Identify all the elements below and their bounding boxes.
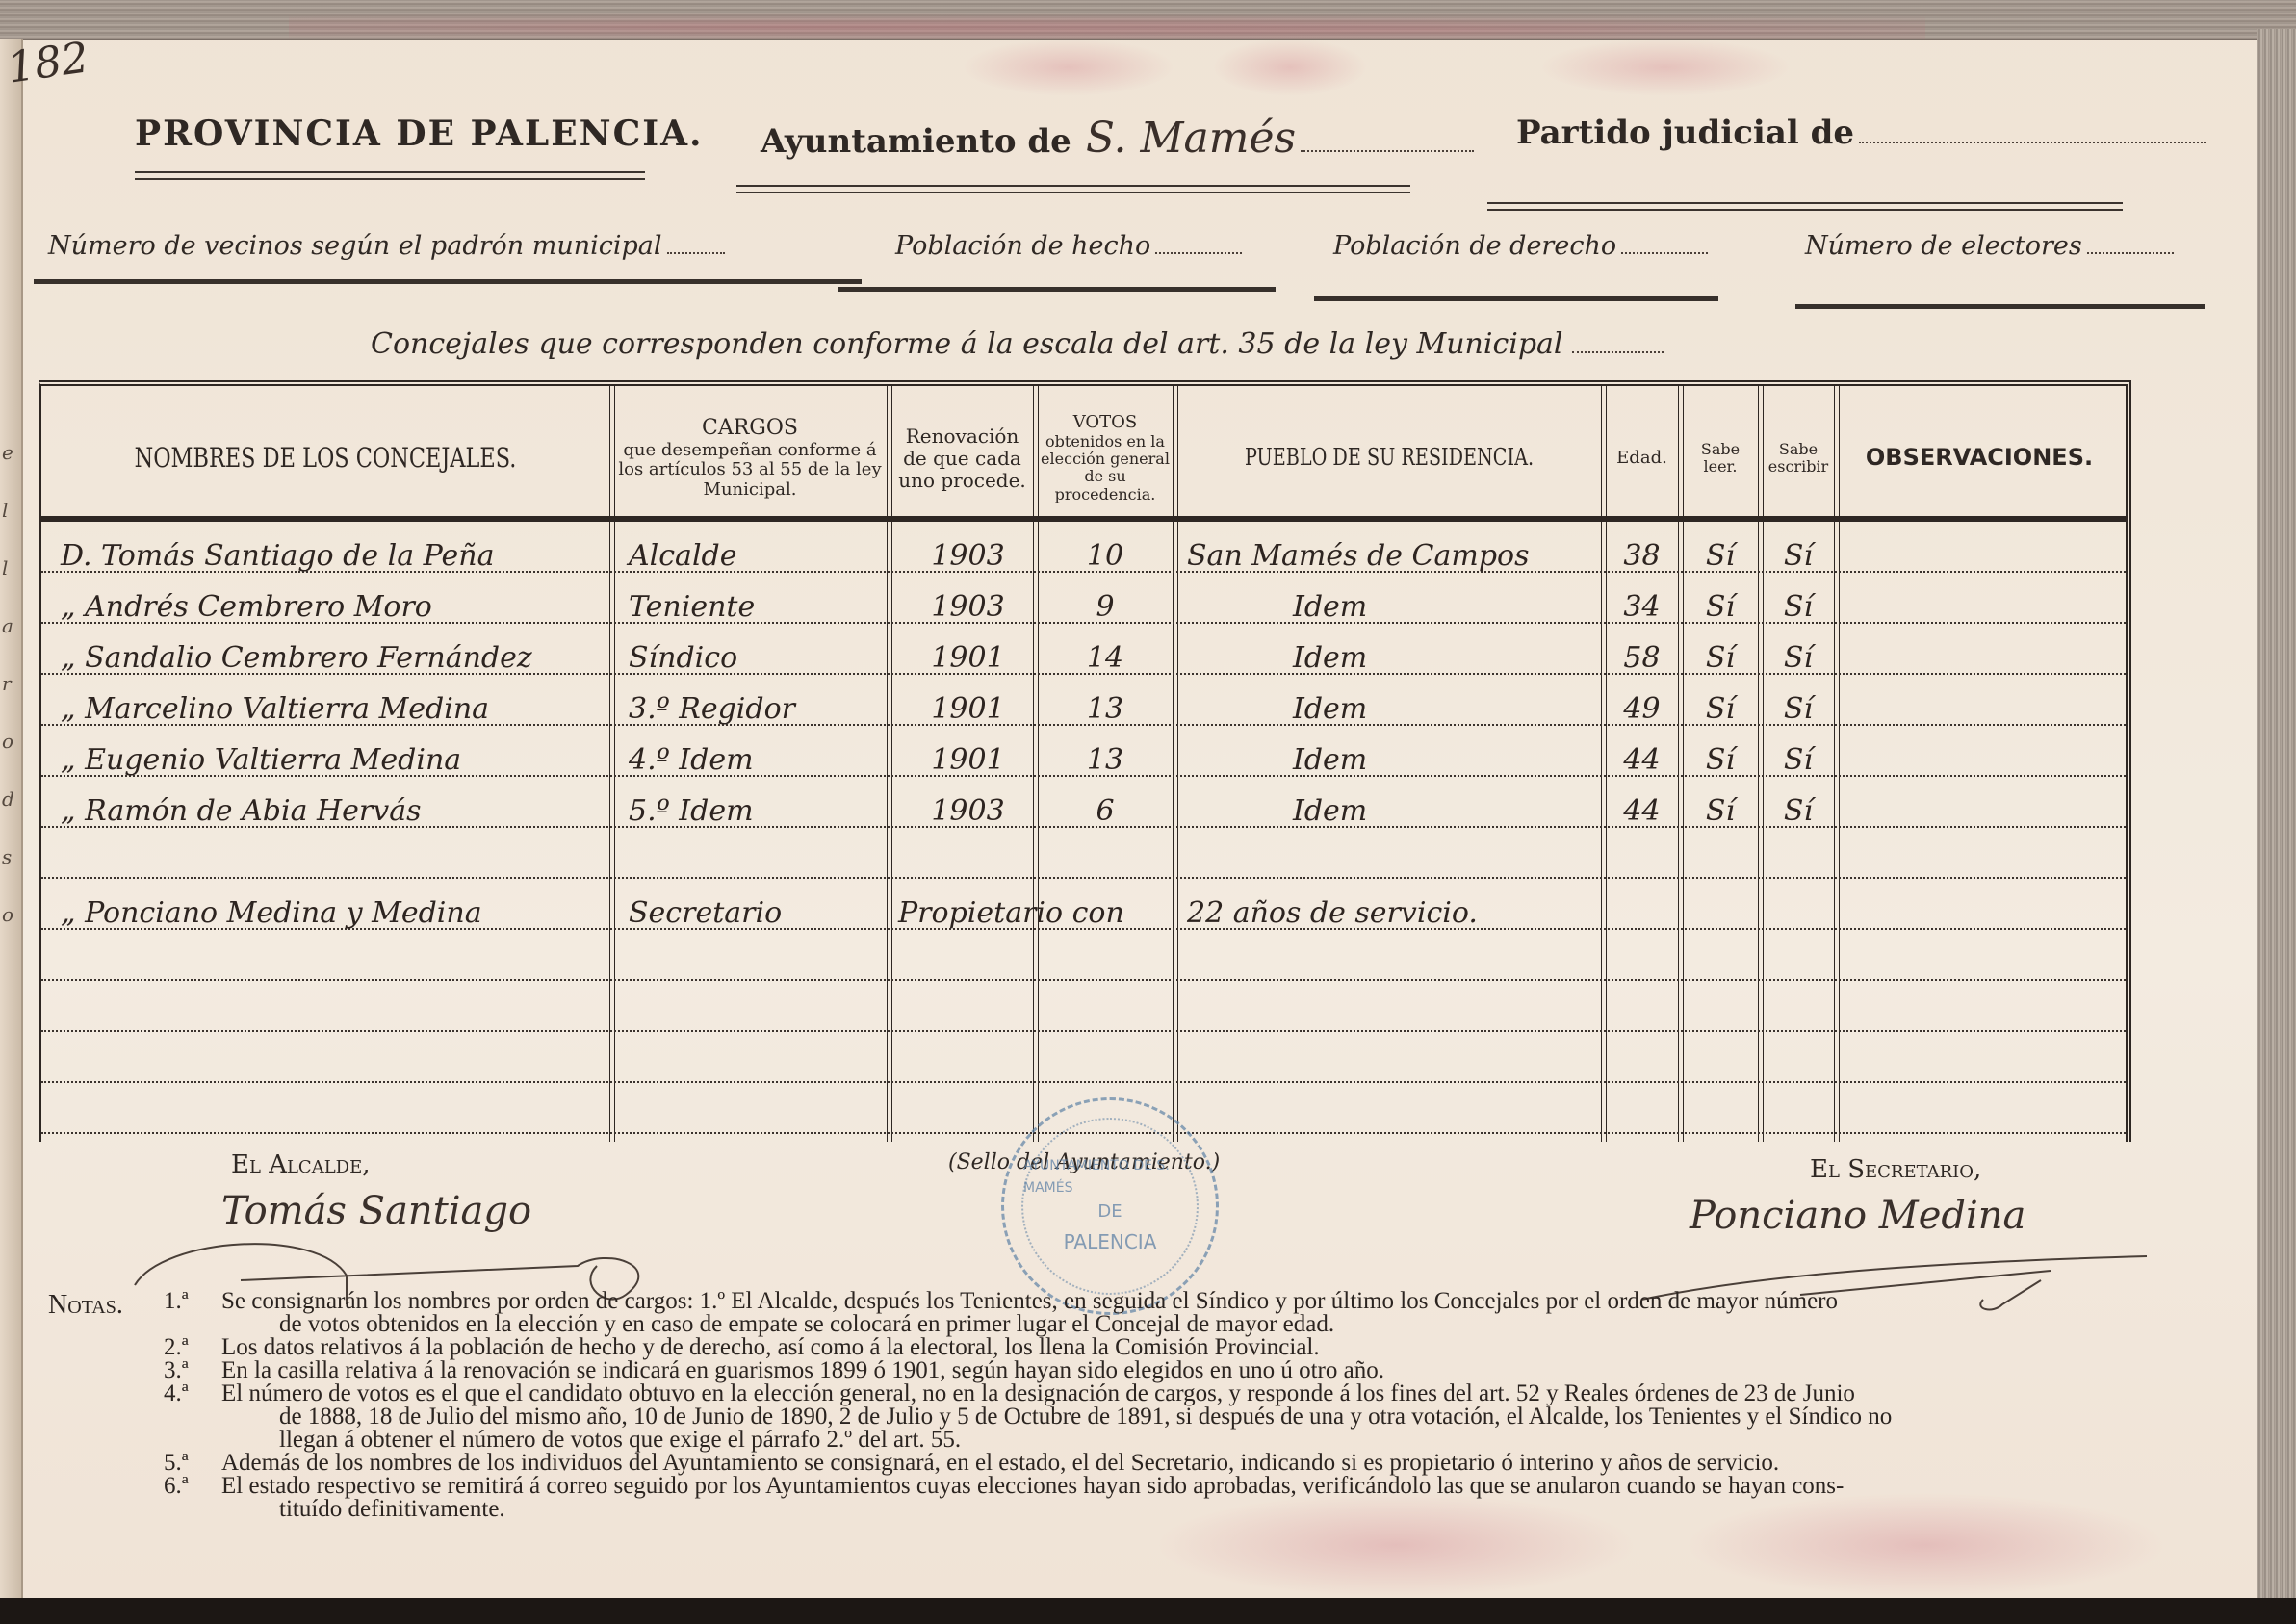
cell-leer[interactable]: Sí <box>1684 730 1757 781</box>
vecinos-field: Número de vecinos según el padrón munici… <box>48 231 725 261</box>
cell-leer[interactable] <box>1684 1036 1757 1087</box>
cell-pueblo[interactable]: San Mamés de Campos <box>1187 526 1601 577</box>
cell-votos[interactable]: 6 <box>1039 781 1172 832</box>
cell-edad[interactable] <box>1607 934 1677 985</box>
cell-observaciones[interactable] <box>1842 1087 2116 1138</box>
cell-nombre[interactable]: „ Marcelino Valtierra Medina <box>61 679 605 730</box>
header-sabe-escribir: Sabe escribir <box>1764 400 1833 516</box>
nota-line: de votos obtenidos en la elección y en c… <box>279 1313 1334 1336</box>
stamp-text: AYUNTAMIENTO DE S. MAMÉS DE PALENCIA <box>1021 1118 1199 1295</box>
cell-escribir[interactable] <box>1764 1036 1833 1087</box>
poblacion-hecho-label: Población de hecho <box>895 231 1150 261</box>
header-observaciones: OBSERVACIONES. <box>1840 400 2119 516</box>
cell-nombre[interactable]: D. Tomás Santiago de la Peña <box>61 526 605 577</box>
folio-number: 182 <box>5 33 91 92</box>
nota-line: tituído definitivamente. <box>279 1498 505 1521</box>
cell-votos[interactable]: 14 <box>1039 628 1172 679</box>
cell-nombre[interactable] <box>61 934 605 985</box>
vecinos-label: Número de vecinos según el padrón munici… <box>48 231 662 261</box>
header-votos-sub: obtenidos en la elección general de su p… <box>1039 433 1172 504</box>
poblacion-hecho-value[interactable] <box>1155 246 1242 254</box>
cell-observaciones[interactable] <box>1842 679 2116 730</box>
rule <box>1795 304 2205 309</box>
stain <box>1213 39 1367 96</box>
ayuntamiento-label: Ayuntamiento de <box>761 122 1071 161</box>
document-page: ellarodso 182 PROVINCIA DE PALENCIA. Ayu… <box>0 0 2296 1598</box>
nota-text: Además de los nombres de los individuos … <box>221 1450 1779 1476</box>
rule <box>135 171 645 180</box>
nota-number: 4.ª <box>164 1382 202 1405</box>
cell-leer[interactable]: Sí <box>1684 781 1757 832</box>
nota-text: El número de votos es el que el candidat… <box>221 1380 1855 1406</box>
header-renovacion: Renovación de que cada uno procede. <box>892 400 1032 516</box>
header-cargos-title: CARGOS <box>702 416 798 440</box>
cell-nombre[interactable]: „ Ramón de Abia Hervás <box>61 781 605 832</box>
table-row <box>41 934 2126 981</box>
ayuntamiento-field: Ayuntamiento de S. Mamés <box>761 114 1474 171</box>
cell-leer[interactable] <box>1684 934 1757 985</box>
rule <box>838 287 1276 292</box>
poblacion-derecho-label: Población de derecho <box>1333 231 1616 261</box>
cell-edad[interactable]: 58 <box>1607 628 1677 679</box>
table-row <box>41 832 2126 879</box>
cell-nombre[interactable]: „ Eugenio Valtierra Medina <box>61 730 605 781</box>
cell-nombre[interactable]: „ Ponciano Medina y Medina <box>61 883 605 934</box>
nota-line: 4.ªEl número de votos es el que el candi… <box>164 1382 1855 1405</box>
nota-line: 1.ªSe consignarán los nombres por orden … <box>164 1290 1838 1313</box>
table-row: „ Ramón de Abia Hervás5.º Idem19036Idem4… <box>41 781 2126 828</box>
nota-line: 5.ªAdemás de los nombres de los individu… <box>164 1452 1779 1475</box>
nota-line: 6.ªEl estado respectivo se remitirá á co… <box>164 1475 1844 1498</box>
cell-cargo[interactable]: 5.º Idem <box>629 781 879 832</box>
cell-renovacion[interactable]: 1901 <box>898 730 1038 781</box>
cell-votos[interactable]: 13 <box>1039 679 1172 730</box>
partido-value[interactable] <box>1859 136 2206 143</box>
cell-leer[interactable]: Sí <box>1684 526 1757 577</box>
cell-votos[interactable] <box>1039 1036 1172 1087</box>
nota-line: 3.ªEn la casilla relativa á la renovació… <box>164 1359 1384 1382</box>
electores-label: Número de electores <box>1805 231 2082 261</box>
cell-observaciones[interactable] <box>1842 985 2116 1036</box>
cell-votos[interactable] <box>1039 832 1172 883</box>
cell-leer[interactable] <box>1684 985 1757 1036</box>
cell-cargo[interactable] <box>629 832 879 883</box>
nota-number: 3.ª <box>164 1359 202 1382</box>
cell-observaciones[interactable] <box>1842 1036 2116 1087</box>
provincia-title: PROVINCIA DE PALENCIA. <box>135 114 704 154</box>
cell-leer[interactable] <box>1684 1087 1757 1138</box>
cell-escribir[interactable] <box>1764 832 1833 883</box>
electores-value[interactable] <box>2087 246 2174 254</box>
header-votos: VOTOS obtenidos en la elección general d… <box>1039 400 1172 516</box>
table-row: „ Andrés Cembrero MoroTeniente19039Idem3… <box>41 577 2126 624</box>
cell-leer[interactable] <box>1684 832 1757 883</box>
cell-cargo[interactable] <box>629 985 879 1036</box>
cell-escribir[interactable]: Sí <box>1764 526 1833 577</box>
vecinos-value[interactable] <box>667 246 725 254</box>
cell-pueblo[interactable] <box>1187 934 1601 985</box>
cell-edad[interactable]: 34 <box>1607 577 1677 628</box>
nota-text: Los datos relativos á la población de he… <box>221 1334 1320 1360</box>
table-row: D. Tomás Santiago de la PeñaAlcalde19031… <box>41 526 2126 573</box>
cell-edad[interactable] <box>1607 1036 1677 1087</box>
cell-escribir[interactable]: Sí <box>1764 628 1833 679</box>
nota-text: Se consignarán los nombres por orden de … <box>221 1288 1838 1314</box>
cell-cargo[interactable] <box>629 1087 879 1138</box>
cell-votos[interactable]: 13 <box>1039 730 1172 781</box>
alcalde-label: El Alcalde, <box>231 1150 371 1179</box>
cell-escribir[interactable]: Sí <box>1764 781 1833 832</box>
escala-label: Concejales que corresponden conforme á l… <box>371 327 1563 361</box>
cell-votos[interactable] <box>1039 883 1172 934</box>
cell-escribir[interactable] <box>1764 934 1833 985</box>
cell-escribir[interactable]: Sí <box>1764 730 1833 781</box>
cell-renovacion[interactable]: 1903 <box>898 577 1038 628</box>
header-sabe-leer: Sabe leer. <box>1684 400 1757 516</box>
cell-cargo[interactable]: Teniente <box>629 577 879 628</box>
stain <box>1155 1492 1637 1598</box>
nota-number: 2.ª <box>164 1336 202 1359</box>
cell-renovacion[interactable]: 1903 <box>898 526 1038 577</box>
ayuntamiento-stamp: AYUNTAMIENTO DE S. MAMÉS DE PALENCIA <box>1001 1097 1219 1315</box>
cell-escribir[interactable] <box>1764 1087 1833 1138</box>
stain <box>963 39 1174 96</box>
electores-field: Número de electores <box>1805 231 2174 261</box>
cell-escribir[interactable]: Sí <box>1764 679 1833 730</box>
cell-leer[interactable]: Sí <box>1684 577 1757 628</box>
poblacion-derecho-value[interactable] <box>1621 246 1708 254</box>
cell-cargo[interactable]: Síndico <box>629 628 879 679</box>
header-pueblo: PUEBLO DE SU RESIDENCIA. <box>1221 400 1558 516</box>
cell-escribir[interactable]: Sí <box>1764 577 1833 628</box>
poblacion-hecho-field: Población de hecho <box>895 231 1242 261</box>
cell-pueblo[interactable] <box>1187 985 1601 1036</box>
cell-renovacion[interactable]: 1901 <box>898 679 1038 730</box>
cell-cargo[interactable]: Secretario <box>629 883 879 934</box>
cell-leer[interactable]: Sí <box>1684 679 1757 730</box>
cell-cargo[interactable]: 3.º Regidor <box>629 679 879 730</box>
poblacion-derecho-field: Población de derecho <box>1333 231 1708 261</box>
cell-edad[interactable]: 44 <box>1607 781 1677 832</box>
cell-edad[interactable] <box>1607 985 1677 1036</box>
table-row <box>41 1036 2126 1083</box>
cell-leer[interactable]: Sí <box>1684 628 1757 679</box>
nota-line: 2.ªLos datos relativos á la población de… <box>164 1336 1320 1359</box>
cell-edad[interactable]: 44 <box>1607 730 1677 781</box>
header-edad: Edad. <box>1607 400 1677 516</box>
nota-line: llegan á obtener el número de votos que … <box>279 1429 961 1452</box>
header-nombres: NOMBRES DE LOS CONCEJALES. <box>98 400 553 516</box>
stain <box>1540 39 1791 96</box>
cell-leer[interactable] <box>1684 883 1757 934</box>
cell-observaciones[interactable] <box>1842 883 2116 934</box>
adjacent-page-letters: ellarodso <box>2 424 19 943</box>
cell-nombre[interactable] <box>61 1087 605 1138</box>
cell-renovacion[interactable]: 1903 <box>898 781 1038 832</box>
cell-edad[interactable] <box>1607 883 1677 934</box>
notas-title: Notas. <box>48 1290 123 1321</box>
secretario-label: El Secretario, <box>1810 1155 1981 1184</box>
cell-votos[interactable]: 10 <box>1039 526 1172 577</box>
escala-field: Concejales que corresponden conforme á l… <box>371 327 1664 361</box>
rule <box>736 185 1410 193</box>
cell-votos[interactable] <box>1039 985 1172 1036</box>
table-row: „ Sandalio Cembrero FernándezSíndico1901… <box>41 628 2126 675</box>
header-votos-title: VOTOS <box>1073 413 1138 433</box>
table-row: „ Ponciano Medina y MedinaSecretarioProp… <box>41 883 2126 930</box>
dot-leader <box>1301 144 1474 152</box>
nota-text: En la casilla relativa á la renovación s… <box>221 1357 1384 1383</box>
cell-cargo[interactable] <box>629 1036 879 1087</box>
stain <box>1685 1492 2166 1598</box>
rule <box>1314 296 1718 301</box>
nota-number: 6.ª <box>164 1475 202 1498</box>
nota-text: El estado respectivo se remitirá á corre… <box>221 1473 1844 1499</box>
cell-nombre[interactable]: „ Sandalio Cembrero Fernández <box>61 628 605 679</box>
header-cargos: CARGOS que desempeñan conforme á los art… <box>615 400 885 516</box>
partido-label: Partido judicial de <box>1516 114 1854 152</box>
header-cargos-sub: que desempeñan conforme á los artículos … <box>615 441 885 501</box>
cell-cargo[interactable] <box>629 934 879 985</box>
nota-line: de 1888, 18 de Julio del mismo año, 10 d… <box>279 1405 1892 1429</box>
cell-pueblo[interactable] <box>1187 832 1601 883</box>
cell-nombre[interactable] <box>61 1036 605 1087</box>
table-row <box>41 985 2126 1032</box>
cell-nombre[interactable]: „ Andrés Cembrero Moro <box>61 577 605 628</box>
cell-renovacion[interactable]: 1901 <box>898 628 1038 679</box>
cell-edad[interactable] <box>1607 1087 1677 1138</box>
cell-observaciones[interactable] <box>1842 832 2116 883</box>
concejales-table: NOMBRES DE LOS CONCEJALES. CARGOS que de… <box>39 380 2131 1142</box>
table-row: „ Eugenio Valtierra Medina4.º Idem190113… <box>41 730 2126 777</box>
cell-nombre[interactable] <box>61 832 605 883</box>
page-top-edge <box>0 0 2296 40</box>
secretario-signature: Ponciano Medina <box>1690 1194 2025 1238</box>
cell-observaciones[interactable] <box>1842 730 2116 781</box>
page-stack-edge <box>2257 29 2296 1598</box>
rule <box>34 279 862 284</box>
cell-escribir[interactable] <box>1764 985 1833 1036</box>
cell-votos[interactable]: 9 <box>1039 577 1172 628</box>
ayuntamiento-value[interactable]: S. Mamés <box>1086 114 1296 163</box>
cell-escribir[interactable] <box>1764 883 1833 934</box>
provincia-heading: PROVINCIA DE PALENCIA. <box>135 114 704 171</box>
cell-edad[interactable] <box>1607 832 1677 883</box>
cell-nombre[interactable] <box>61 985 605 1036</box>
cell-edad[interactable]: 49 <box>1607 679 1677 730</box>
cell-pueblo[interactable] <box>1187 1036 1601 1087</box>
cell-pueblo[interactable] <box>1187 1087 1601 1138</box>
cell-votos[interactable] <box>1039 934 1172 985</box>
partido-field: Partido judicial de <box>1516 114 2206 171</box>
cell-pueblo[interactable]: 22 años de servicio. <box>1187 883 1601 934</box>
header-rule <box>41 516 2126 522</box>
escala-value[interactable] <box>1572 346 1664 353</box>
table-row: „ Marcelino Valtierra Medina3.º Regidor1… <box>41 679 2126 726</box>
cell-cargo[interactable]: 4.º Idem <box>629 730 879 781</box>
cell-cargo[interactable]: Alcalde <box>629 526 879 577</box>
cell-observaciones[interactable] <box>1842 934 2116 985</box>
cell-observaciones[interactable] <box>1842 628 2116 679</box>
cell-observaciones[interactable] <box>1842 526 2116 577</box>
adjacent-page-strip: ellarodso <box>0 39 23 1598</box>
cell-edad[interactable]: 38 <box>1607 526 1677 577</box>
cell-observaciones[interactable] <box>1842 577 2116 628</box>
rule <box>1487 202 2123 211</box>
nota-number: 1.ª <box>164 1290 202 1313</box>
nota-number: 5.ª <box>164 1452 202 1475</box>
cell-observaciones[interactable] <box>1842 781 2116 832</box>
